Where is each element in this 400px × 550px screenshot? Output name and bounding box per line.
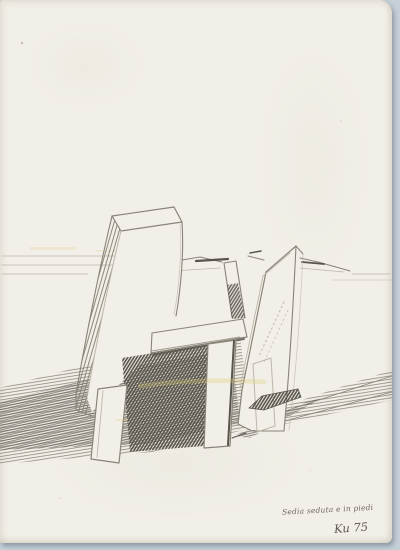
horizon-lines [2,247,392,280]
paper-sheet: Sedia seduta e in piedi Ku 75 [0,0,392,543]
left-chair-sketch [76,207,247,463]
scanner-background: { "scan": { "caption": "Sedia seduta e i… [0,0,400,550]
pencil-drawing [0,0,392,543]
